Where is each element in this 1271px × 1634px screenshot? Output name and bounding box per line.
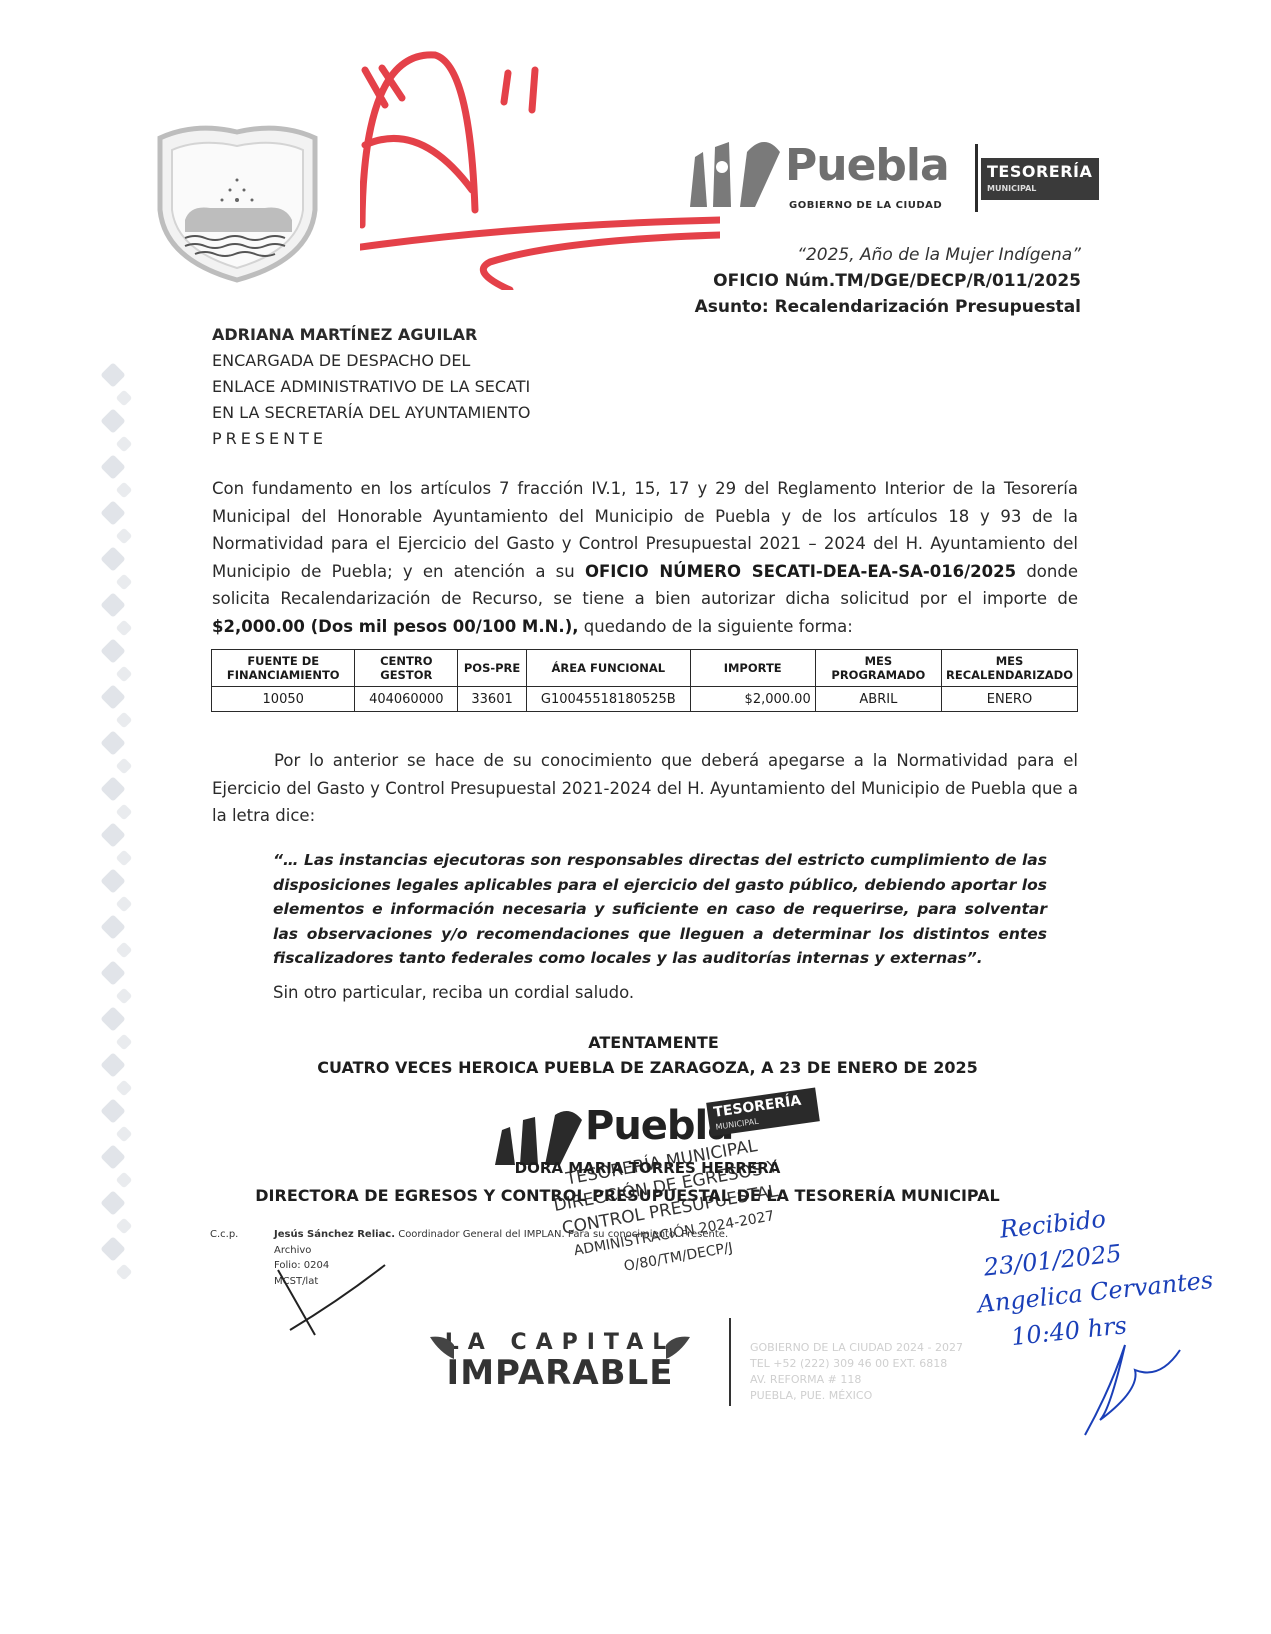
recipient-line: ENLACE ADMINISTRATIVO DE LA SECATI (212, 374, 531, 400)
recipient-line: ENCARGADA DE DESPACHO DEL (212, 348, 531, 374)
col-area-funcional: ÁREA FUNCIONAL (526, 650, 690, 687)
wing-right-icon (664, 1333, 692, 1361)
authorized-amount: $2,000.00 (Dos mil pesos 00/100 M.N.), (212, 617, 579, 636)
slogan-bottom: IMPARABLE (425, 1355, 695, 1391)
footer-address: GOBIERNO DE LA CIUDAD 2024 - 2027 TEL +5… (750, 1340, 963, 1404)
referenced-oficio: OFICIO NÚMERO SECATI-DEA-EA-SA-016/2025 (585, 562, 1016, 581)
ccp-name: Jesús Sánchez Reliac. (274, 1229, 395, 1240)
receipt-signature (1080, 1330, 1190, 1440)
atentamente: ATENTAMENTE (18, 1033, 1271, 1052)
logo-wordmark: Puebla (785, 140, 949, 191)
oficio-number: OFICIO Núm.TM/DGE/DECP/R/011/2025 (713, 271, 1081, 291)
logo-subtitle: GOBIERNO DE LA CIUDAD (789, 200, 942, 211)
budget-table: FUENTE DEFINANCIAMIENTO CENTROGESTOR POS… (211, 649, 1078, 712)
puebla-tesoreria-logo: Puebla GOBIERNO DE LA CIUDAD TESORERÍA M… (685, 132, 1105, 222)
body-paragraph-1: Con fundamento en los artículos 7 fracci… (212, 475, 1078, 640)
tesoreria-badge: TESORERÍA MUNICIPAL (981, 158, 1099, 200)
year-motto: “2025, Año de la Mujer Indígena” (797, 245, 1081, 265)
table-header-row: FUENTE DEFINANCIAMIENTO CENTROGESTOR POS… (212, 650, 1078, 687)
presente: PRESENTE (212, 426, 531, 452)
initials-scribble (270, 1260, 400, 1340)
recipient-block: ADRIANA MARTÍNEZ AGUILAR ENCARGADA DE DE… (212, 322, 531, 452)
col-importe: IMPORTE (690, 650, 815, 687)
subject-line: Asunto: Recalendarización Presupuestal (695, 297, 1081, 317)
coat-of-arms-icon (150, 120, 325, 285)
table-row: 10050 404060000 33601 G10045518180525B $… (212, 687, 1078, 712)
body-paragraph-2: Por lo anterior se hace de su conocimien… (212, 747, 1078, 830)
wing-left-icon (428, 1333, 456, 1361)
col-pos-pre: POS-PRE (458, 650, 527, 687)
red-annotation-mark (360, 40, 720, 290)
col-mes-recalendarizado: MESRECALENDARIZADO (942, 650, 1078, 687)
logo-divider (975, 144, 978, 212)
col-fuente: FUENTE DEFINANCIAMIENTO (212, 650, 355, 687)
slogan-top: LA CAPITAL (425, 1330, 695, 1355)
col-mes-programado: MESPROGRAMADO (815, 650, 941, 687)
footer-divider (729, 1318, 731, 1406)
decorative-border (100, 360, 140, 1540)
ccp-label: C.c.p. (210, 1229, 238, 1240)
slogan-logo: LA CAPITAL IMPARABLE (425, 1330, 695, 1391)
regulation-quote: “… Las instancias ejecutoras son respons… (273, 848, 1047, 971)
col-centro-gestor: CENTROGESTOR (355, 650, 458, 687)
recipient-line: EN LA SECRETARÍA DEL AYUNTAMIENTO (212, 400, 531, 426)
city-monuments-icon (685, 132, 785, 212)
recipient-name: ADRIANA MARTÍNEZ AGUILAR (212, 322, 531, 348)
place-and-date: CUATRO VECES HEROICA PUEBLA DE ZARAGOZA,… (12, 1058, 1271, 1077)
closing-line: Sin otro particular, reciba un cordial s… (273, 983, 634, 1002)
